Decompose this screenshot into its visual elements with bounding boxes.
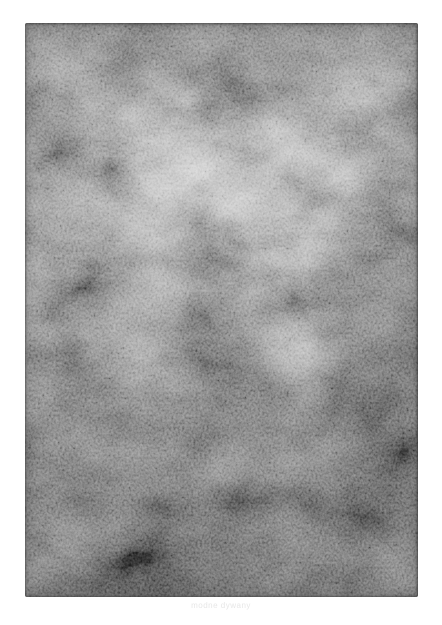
rug-texture-fine-grain bbox=[25, 23, 418, 597]
product-photo: modne dywany bbox=[0, 0, 442, 625]
rug-image bbox=[25, 23, 418, 597]
watermark-text: modne dywany bbox=[191, 601, 251, 610]
